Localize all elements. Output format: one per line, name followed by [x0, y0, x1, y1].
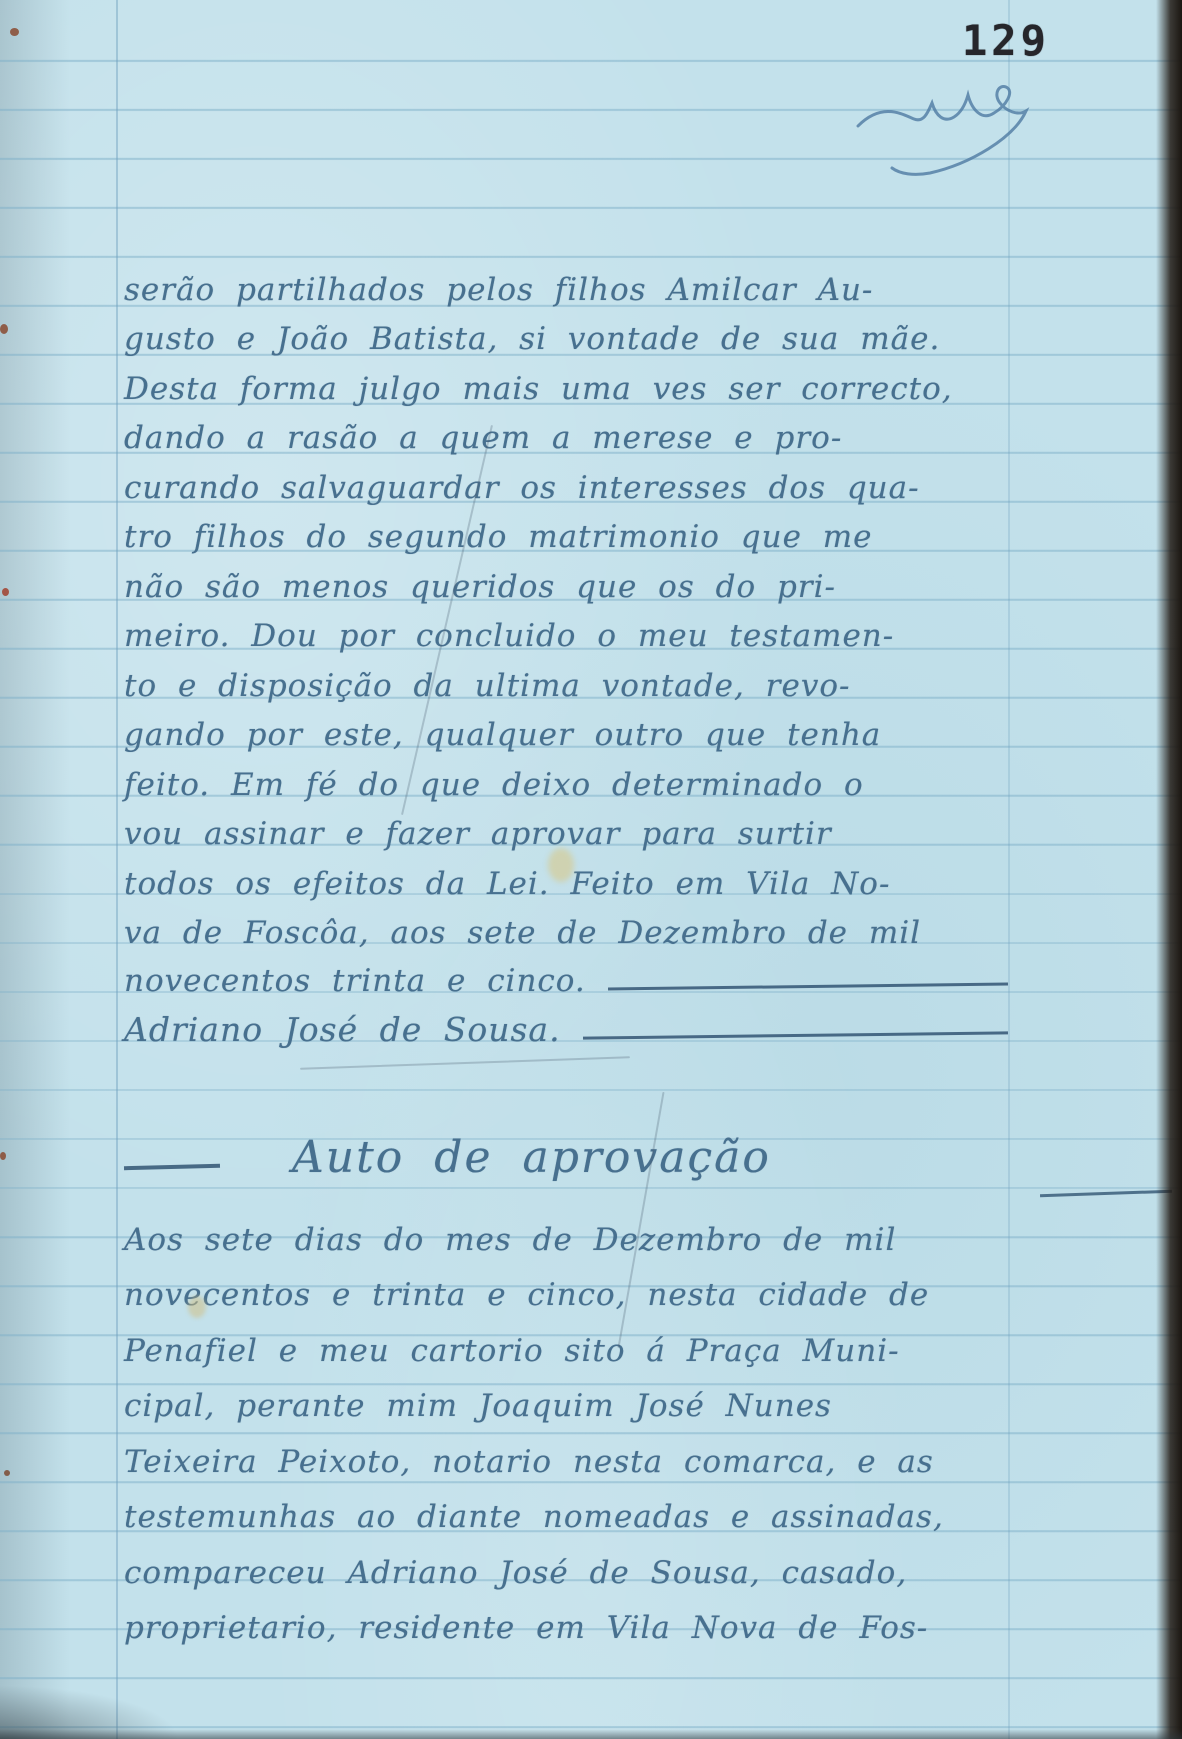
page-corner-shadow	[0, 1685, 180, 1739]
handwritten-line: gusto e João Batista, si vontade de sua …	[124, 312, 1008, 362]
binding-spot	[0, 324, 8, 334]
left-margin-rule	[116, 0, 118, 1739]
paper-stain	[188, 1296, 206, 1318]
handwritten-line: tro filhos do segundo matrimonio que me	[124, 510, 1008, 560]
page-edge-shadow	[1156, 0, 1182, 1739]
handwritten-line: novecentos e trinta e cinco, nesta cidad…	[124, 1262, 1008, 1318]
handwritten-line: dando a rasão a quem a merese e pro-	[124, 411, 1008, 461]
handwritten-line: meiro. Dou por concluido o meu testamen-	[124, 609, 1008, 659]
binding-spot	[0, 1152, 6, 1160]
pencil-smudge	[300, 1056, 630, 1070]
testament-closing-line: novecentos trinta e cinco.	[124, 953, 1008, 1003]
handwritten-line: Penafiel e meu cartorio sito á Praça Mun…	[124, 1317, 1008, 1373]
handwritten-line: curando salvaguardar os interesses dos q…	[124, 460, 1008, 510]
approval-act-text: Aos sete dias do mes de Dezembro de mil …	[124, 1206, 1008, 1650]
pen-stroke	[124, 1164, 220, 1171]
pen-stroke	[583, 1031, 1008, 1039]
handwritten-line: va de Foscôa, aos sete de Dezembro de mi…	[124, 906, 1008, 956]
handwritten-line: Desta forma julgo mais uma ves ser corre…	[124, 361, 1008, 411]
handwritten-line: feito. Em fé do que deixo determinado o	[124, 757, 1008, 807]
handwritten-line: proprietario, residente em Vila Nova de …	[124, 1595, 1008, 1651]
binding-spot	[4, 1470, 10, 1476]
handwritten-line: Teixeira Peixoto, notario nesta comarca,…	[124, 1428, 1008, 1484]
binding-spot	[2, 588, 9, 596]
page-number-stamp: 129	[962, 16, 1050, 65]
pen-stroke	[608, 983, 1008, 991]
rubric-flourish-icon	[852, 72, 1048, 188]
handwritten-line: não são menos queridos que os do pri-	[124, 559, 1008, 609]
handwritten-line: Aos sete dias do mes de Dezembro de mil	[124, 1206, 1008, 1262]
section-heading: Auto de aprovação	[292, 1132, 771, 1183]
notary-register-page: 129 serão partilhados pelos filhos Amilc…	[0, 0, 1182, 1739]
testator-signature: Adriano José de Sousa.	[124, 1002, 1008, 1052]
binding-spot	[10, 28, 19, 36]
handwritten-line: cipal, perante mim Joaquim José Nunes	[124, 1373, 1008, 1429]
paper-stain	[548, 848, 574, 882]
handwritten-line: to e disposição da ultima vontade, revo-	[124, 658, 1008, 708]
handwritten-line: gando por este, qualquer outro que tenha	[124, 708, 1008, 758]
handwritten-line: testemunhas ao diante nomeadas e assinad…	[124, 1484, 1008, 1540]
handwritten-line: serão partilhados pelos filhos Amilcar A…	[124, 262, 1008, 312]
section-heading-row: Auto de aprovação	[124, 1122, 1008, 1192]
handwritten-line: compareceu Adriano José de Sousa, casado…	[124, 1539, 1008, 1595]
right-margin-rule	[1008, 0, 1010, 1739]
pen-stroke	[1040, 1190, 1172, 1198]
